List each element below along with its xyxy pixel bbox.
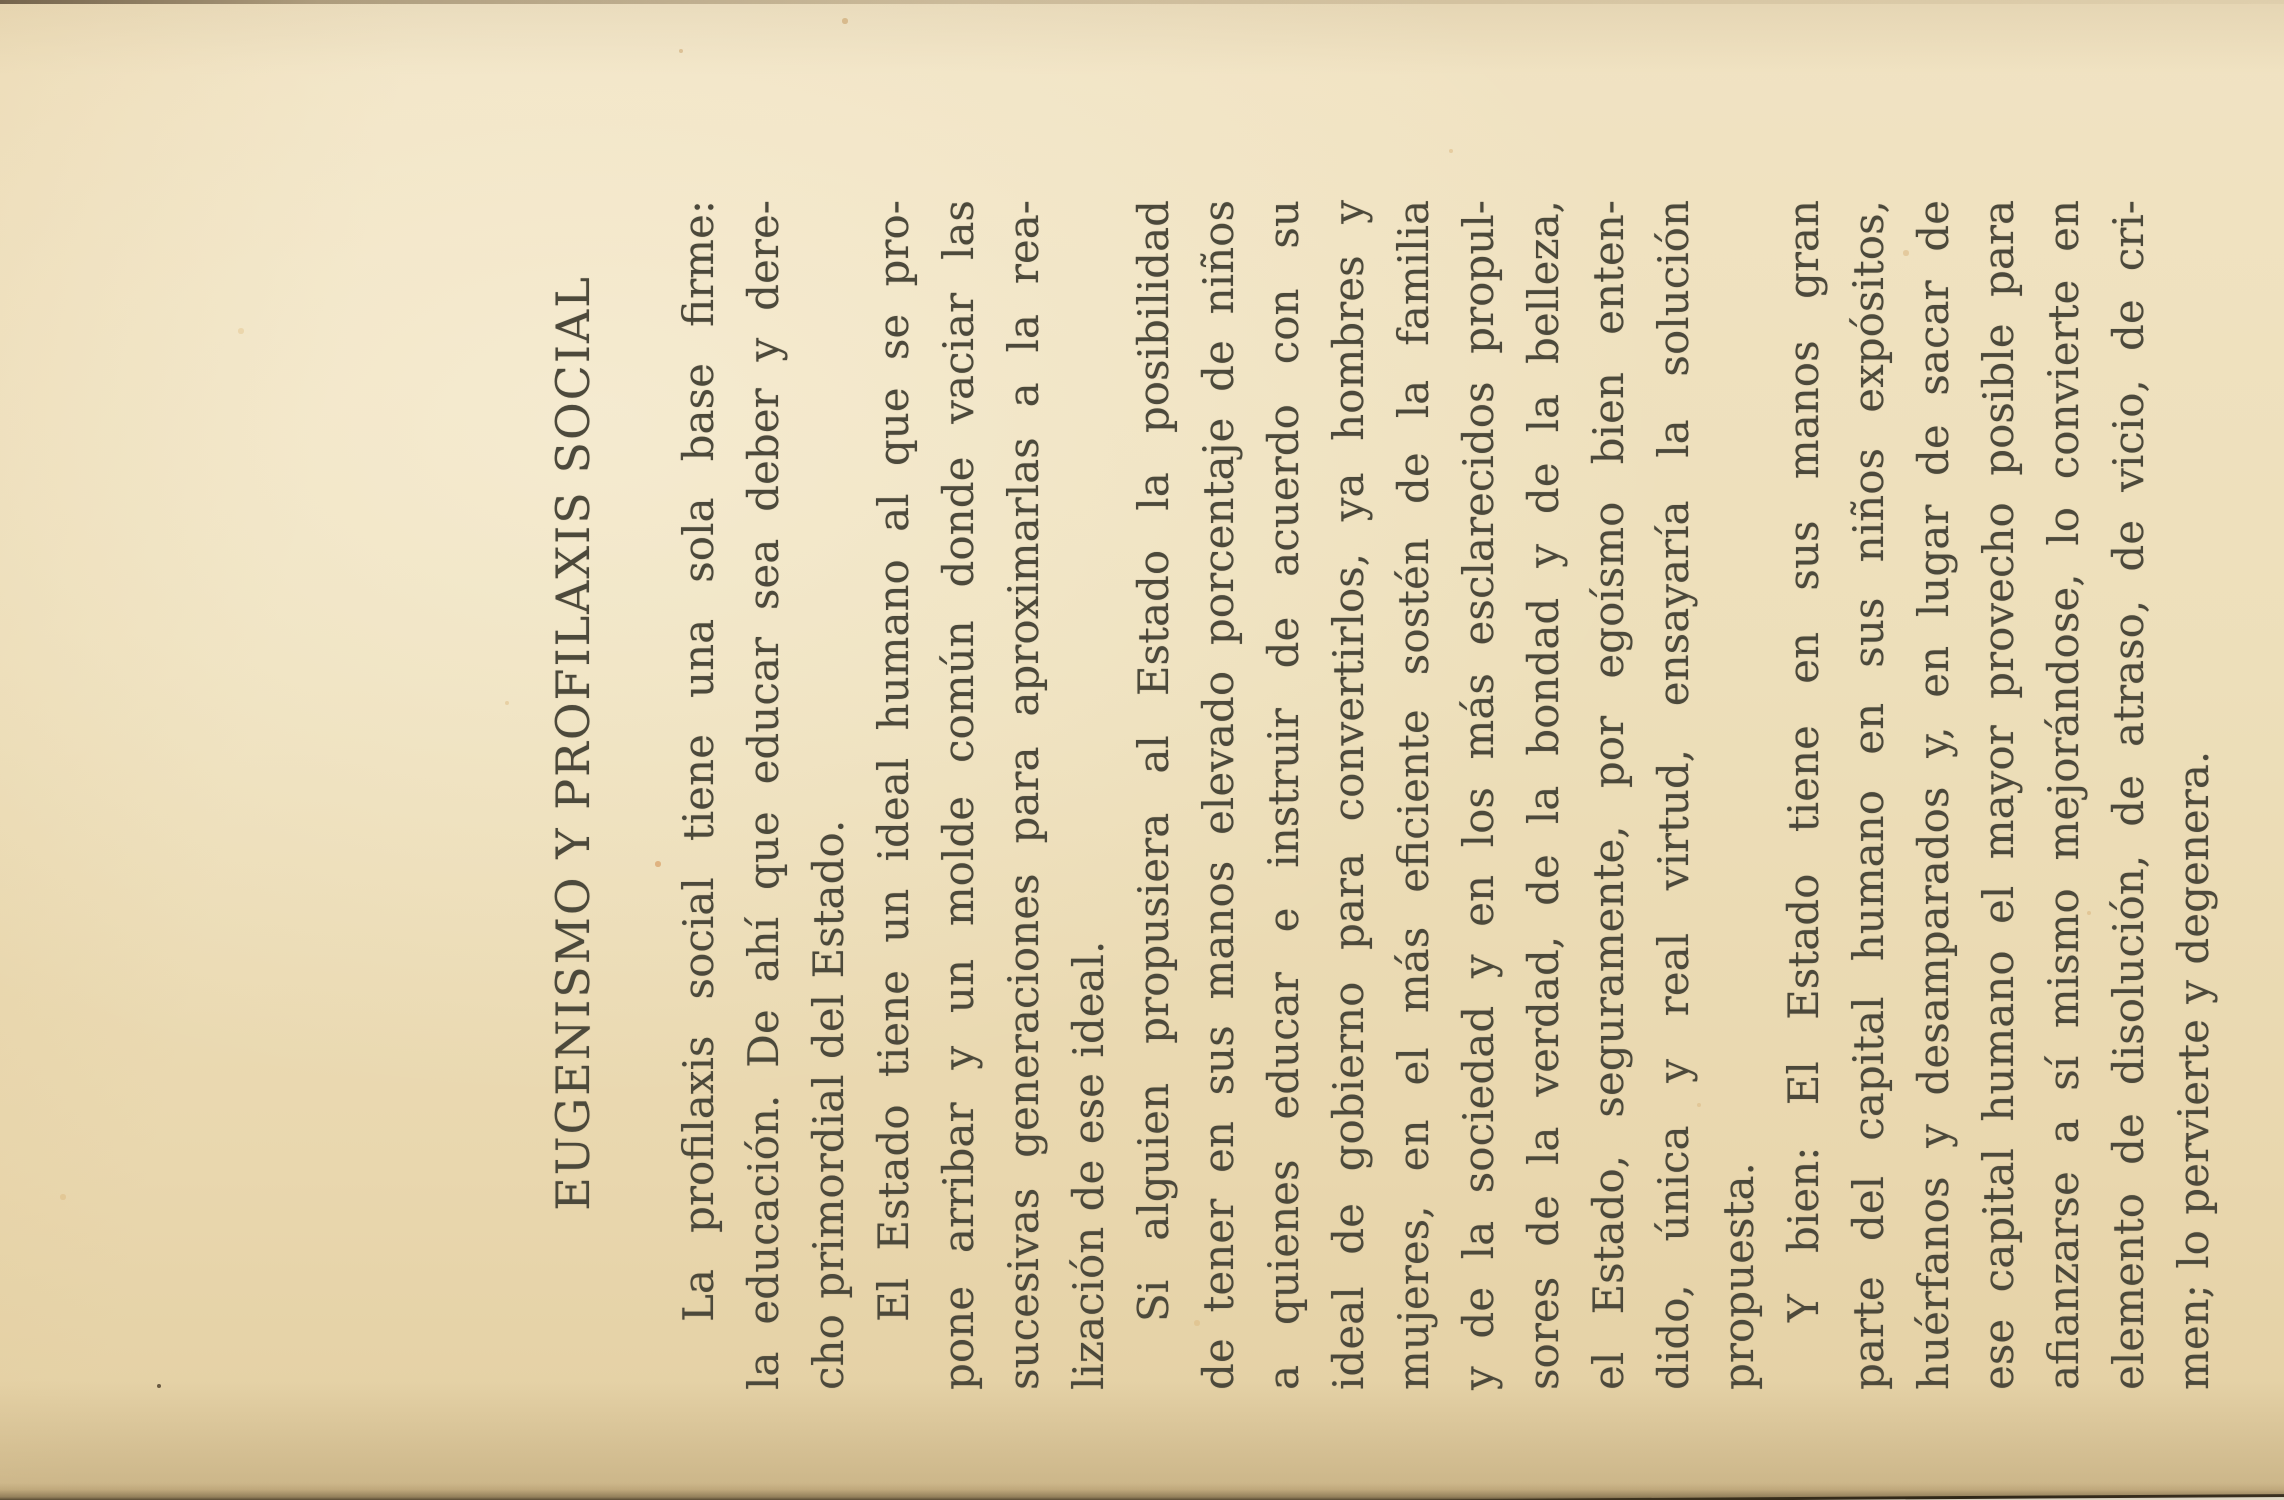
text-line: cho primordial del Estado. (796, 200, 861, 1390)
text-line: a quienes educar e instruir de acuerdo c… (1251, 200, 1316, 1390)
text-line: Y bien: El Estado tiene en sus manos gra… (1771, 200, 1836, 1390)
text-line: y de la sociedad y en los más esclarecid… (1446, 200, 1511, 1390)
text-line: elemento de disolución, de atraso, de vi… (2096, 200, 2161, 1390)
rotated-page-content: EUGENISMO Y PROFILAXIS SOCIAL La profila… (0, 0, 2284, 1500)
text-line: sucesivas generaciones para aproximarlas… (991, 200, 1056, 1390)
text-line: sores de la verdad, de la bondad y de la… (1511, 200, 1576, 1390)
text-line: ese capital humano el mayor provecho pos… (1966, 200, 2031, 1390)
text-line: la educación. De ahí que educar sea debe… (731, 200, 796, 1390)
text-line: La profilaxis social tiene una sola base… (666, 200, 731, 1390)
chapter-title: EUGENISMO Y PROFILAXIS SOCIAL (538, 200, 608, 1390)
text-line: huérfanos y desamparados y, en lugar de … (1901, 200, 1966, 1390)
text-line: ideal de gobierno para convertirlos, ya … (1316, 200, 1381, 1390)
text-line: propuesta. (1706, 200, 1771, 1390)
text-line: el Estado, seguramente, por egoísmo bien… (1576, 200, 1641, 1390)
text-line: afianzarse a sí mismo mejorándose, lo co… (2031, 200, 2096, 1390)
text-line: parte del capital humano en sus niños ex… (1836, 200, 1901, 1390)
text-line: Si alguien propusiera al Estado la posib… (1121, 200, 1186, 1390)
text-line: El Estado tiene un ideal humano al que s… (861, 200, 926, 1390)
text-block: EUGENISMO Y PROFILAXIS SOCIAL La profila… (538, 200, 2226, 1390)
page-top-edge (0, 0, 2284, 4)
text-line: dido, única y real virtud, ensayaría la … (1641, 200, 1706, 1390)
scanned-book-page: EUGENISMO Y PROFILAXIS SOCIAL La profila… (0, 0, 2284, 1500)
body-text: La profilaxis social tiene una sola base… (666, 200, 2226, 1390)
text-line: men; lo pervierte y degenera. (2161, 200, 2226, 1390)
text-line: de tener en sus manos elevado porcentaje… (1186, 200, 1251, 1390)
text-line: mujeres, en el más eficiente sostén de l… (1381, 200, 1446, 1390)
text-line: lización de ese ideal. (1056, 200, 1121, 1390)
text-line: pone arribar y un molde común donde vaci… (926, 200, 991, 1390)
